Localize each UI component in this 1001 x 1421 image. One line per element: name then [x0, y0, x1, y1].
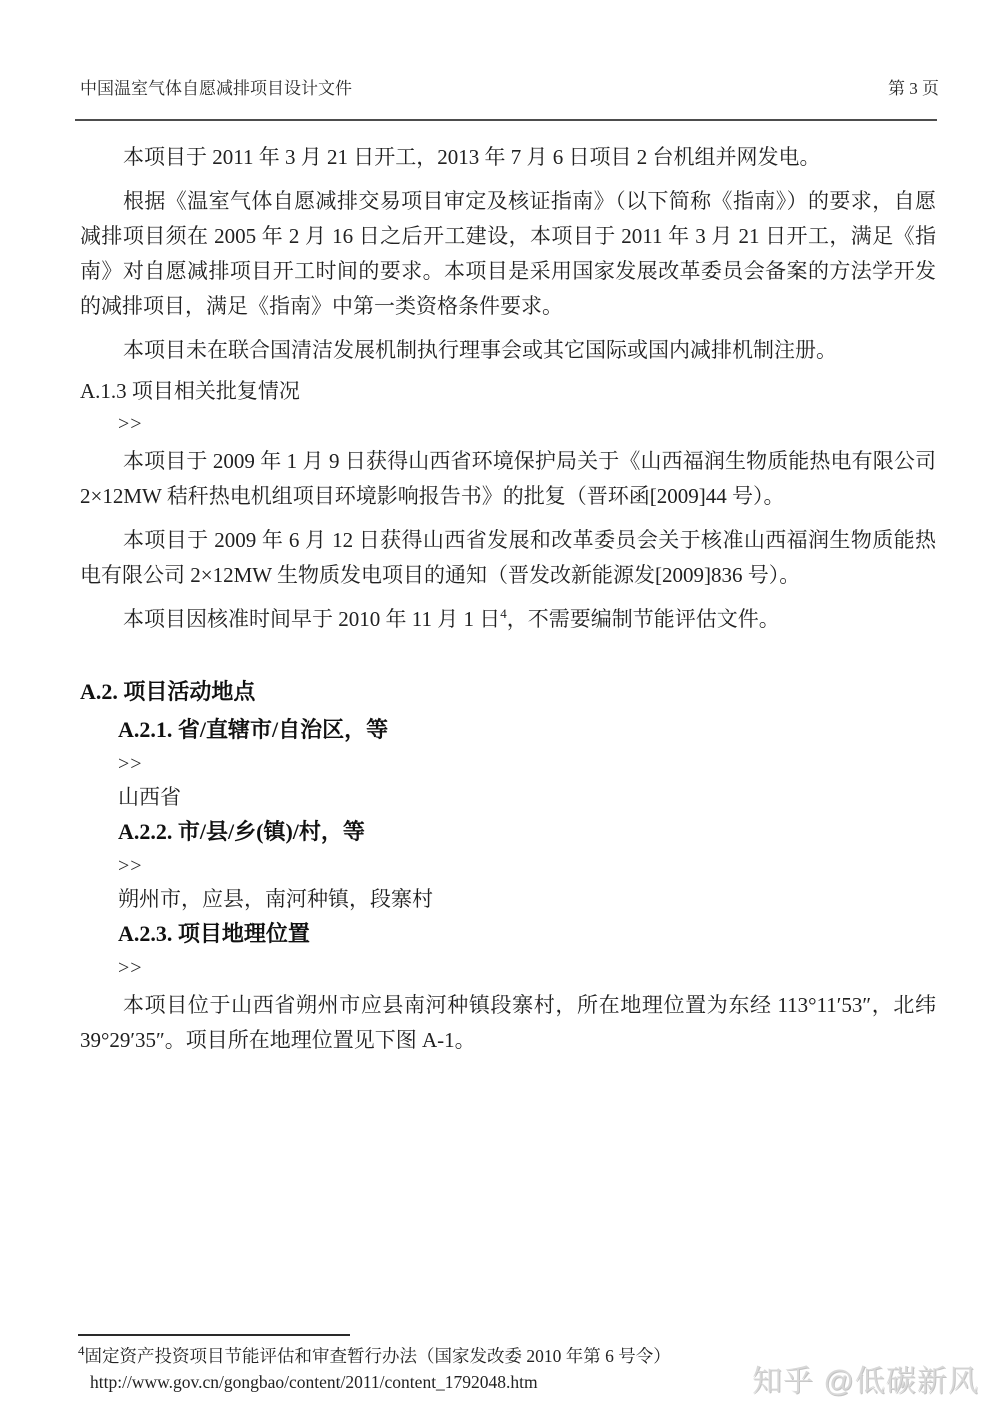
footnote: 4固定资产投资项目节能评估和审查暂行办法（国家发改委 2010 年第 6 号令）…: [78, 1334, 758, 1395]
province-value: 山西省: [118, 784, 936, 811]
paragraph-ndrc-approval: 本项目于 2009 年 6 月 12 日获得山西省发展和改革委员会关于核准山西福…: [80, 523, 936, 593]
document-body: 本项目于 2011 年 3 月 21 日开工，2013 年 7 月 6 日项目 …: [80, 140, 936, 1067]
paragraph-project-start: 本项目于 2011 年 3 月 21 日开工，2013 年 7 月 6 日项目 …: [80, 140, 936, 175]
section-heading-a13: A.1.3 项目相关批复情况: [80, 377, 936, 405]
energy-assessment-text-before: 本项目因核准时间早于 2010 年 11 月 1 日: [123, 607, 500, 631]
footnote-text-line: 4固定资产投资项目节能评估和审查暂行办法（国家发改委 2010 年第 6 号令）: [78, 1343, 758, 1369]
footnote-rule: [78, 1334, 350, 1336]
section-heading-a2: A.2. 项目活动地点: [80, 677, 936, 707]
footnote-text: 固定资产投资项目节能评估和审查暂行办法（国家发改委 2010 年第 6 号令）: [85, 1346, 671, 1366]
paragraph-guideline-requirement: 根据《温室气体自愿减排交易项目审定及核证指南》（以下简称《指南》）的要求，自愿减…: [80, 184, 936, 324]
paragraph-eia-approval: 本项目于 2009 年 1 月 9 日获得山西省环境保护局关于《山西福润生物质能…: [80, 444, 936, 514]
city-village-value: 朔州市，应县，南河种镇，段寨村: [118, 886, 936, 913]
paragraph-registration-status: 本项目未在联合国清洁发展机制执行理事会或其它国际或国内减排机制注册。: [80, 333, 936, 368]
section-heading-a21: A.2.1. 省/直辖市/自治区，等: [118, 715, 936, 745]
response-marker-a22: >>: [118, 853, 936, 880]
response-marker-a21: >>: [118, 751, 936, 778]
header-rule: [75, 119, 937, 121]
footnote-url: http://www.gov.cn/gongbao/content/2011/c…: [90, 1369, 758, 1395]
response-marker-a23: >>: [118, 955, 936, 982]
document-title: 中国温室气体自愿减排项目设计文件: [80, 74, 352, 99]
page-number: 第 3 页: [888, 74, 939, 99]
section-heading-a23: A.2.3. 项目地理位置: [118, 919, 936, 949]
section-heading-a22: A.2.2. 市/县/乡(镇)/村，等: [118, 817, 936, 847]
energy-assessment-text-after: ，不需要编制节能评估文件。: [507, 607, 780, 631]
document-page: 中国温室气体自愿减排项目设计文件 第 3 页 本项目于 2011 年 3 月 2…: [0, 0, 1001, 1421]
response-marker-a13: >>: [118, 411, 936, 438]
watermark: 知乎 @低碳新风: [752, 1356, 979, 1400]
page-header: 中国温室气体自愿减排项目设计文件 第 3 页: [80, 74, 939, 99]
paragraph-geographic-location: 本项目位于山西省朔州市应县南河种镇段寨村，所在地理位置为东经 113°11′53…: [80, 988, 936, 1058]
paragraph-energy-assessment: 本项目因核准时间早于 2010 年 11 月 1 日4，不需要编制节能评估文件。: [80, 602, 936, 637]
